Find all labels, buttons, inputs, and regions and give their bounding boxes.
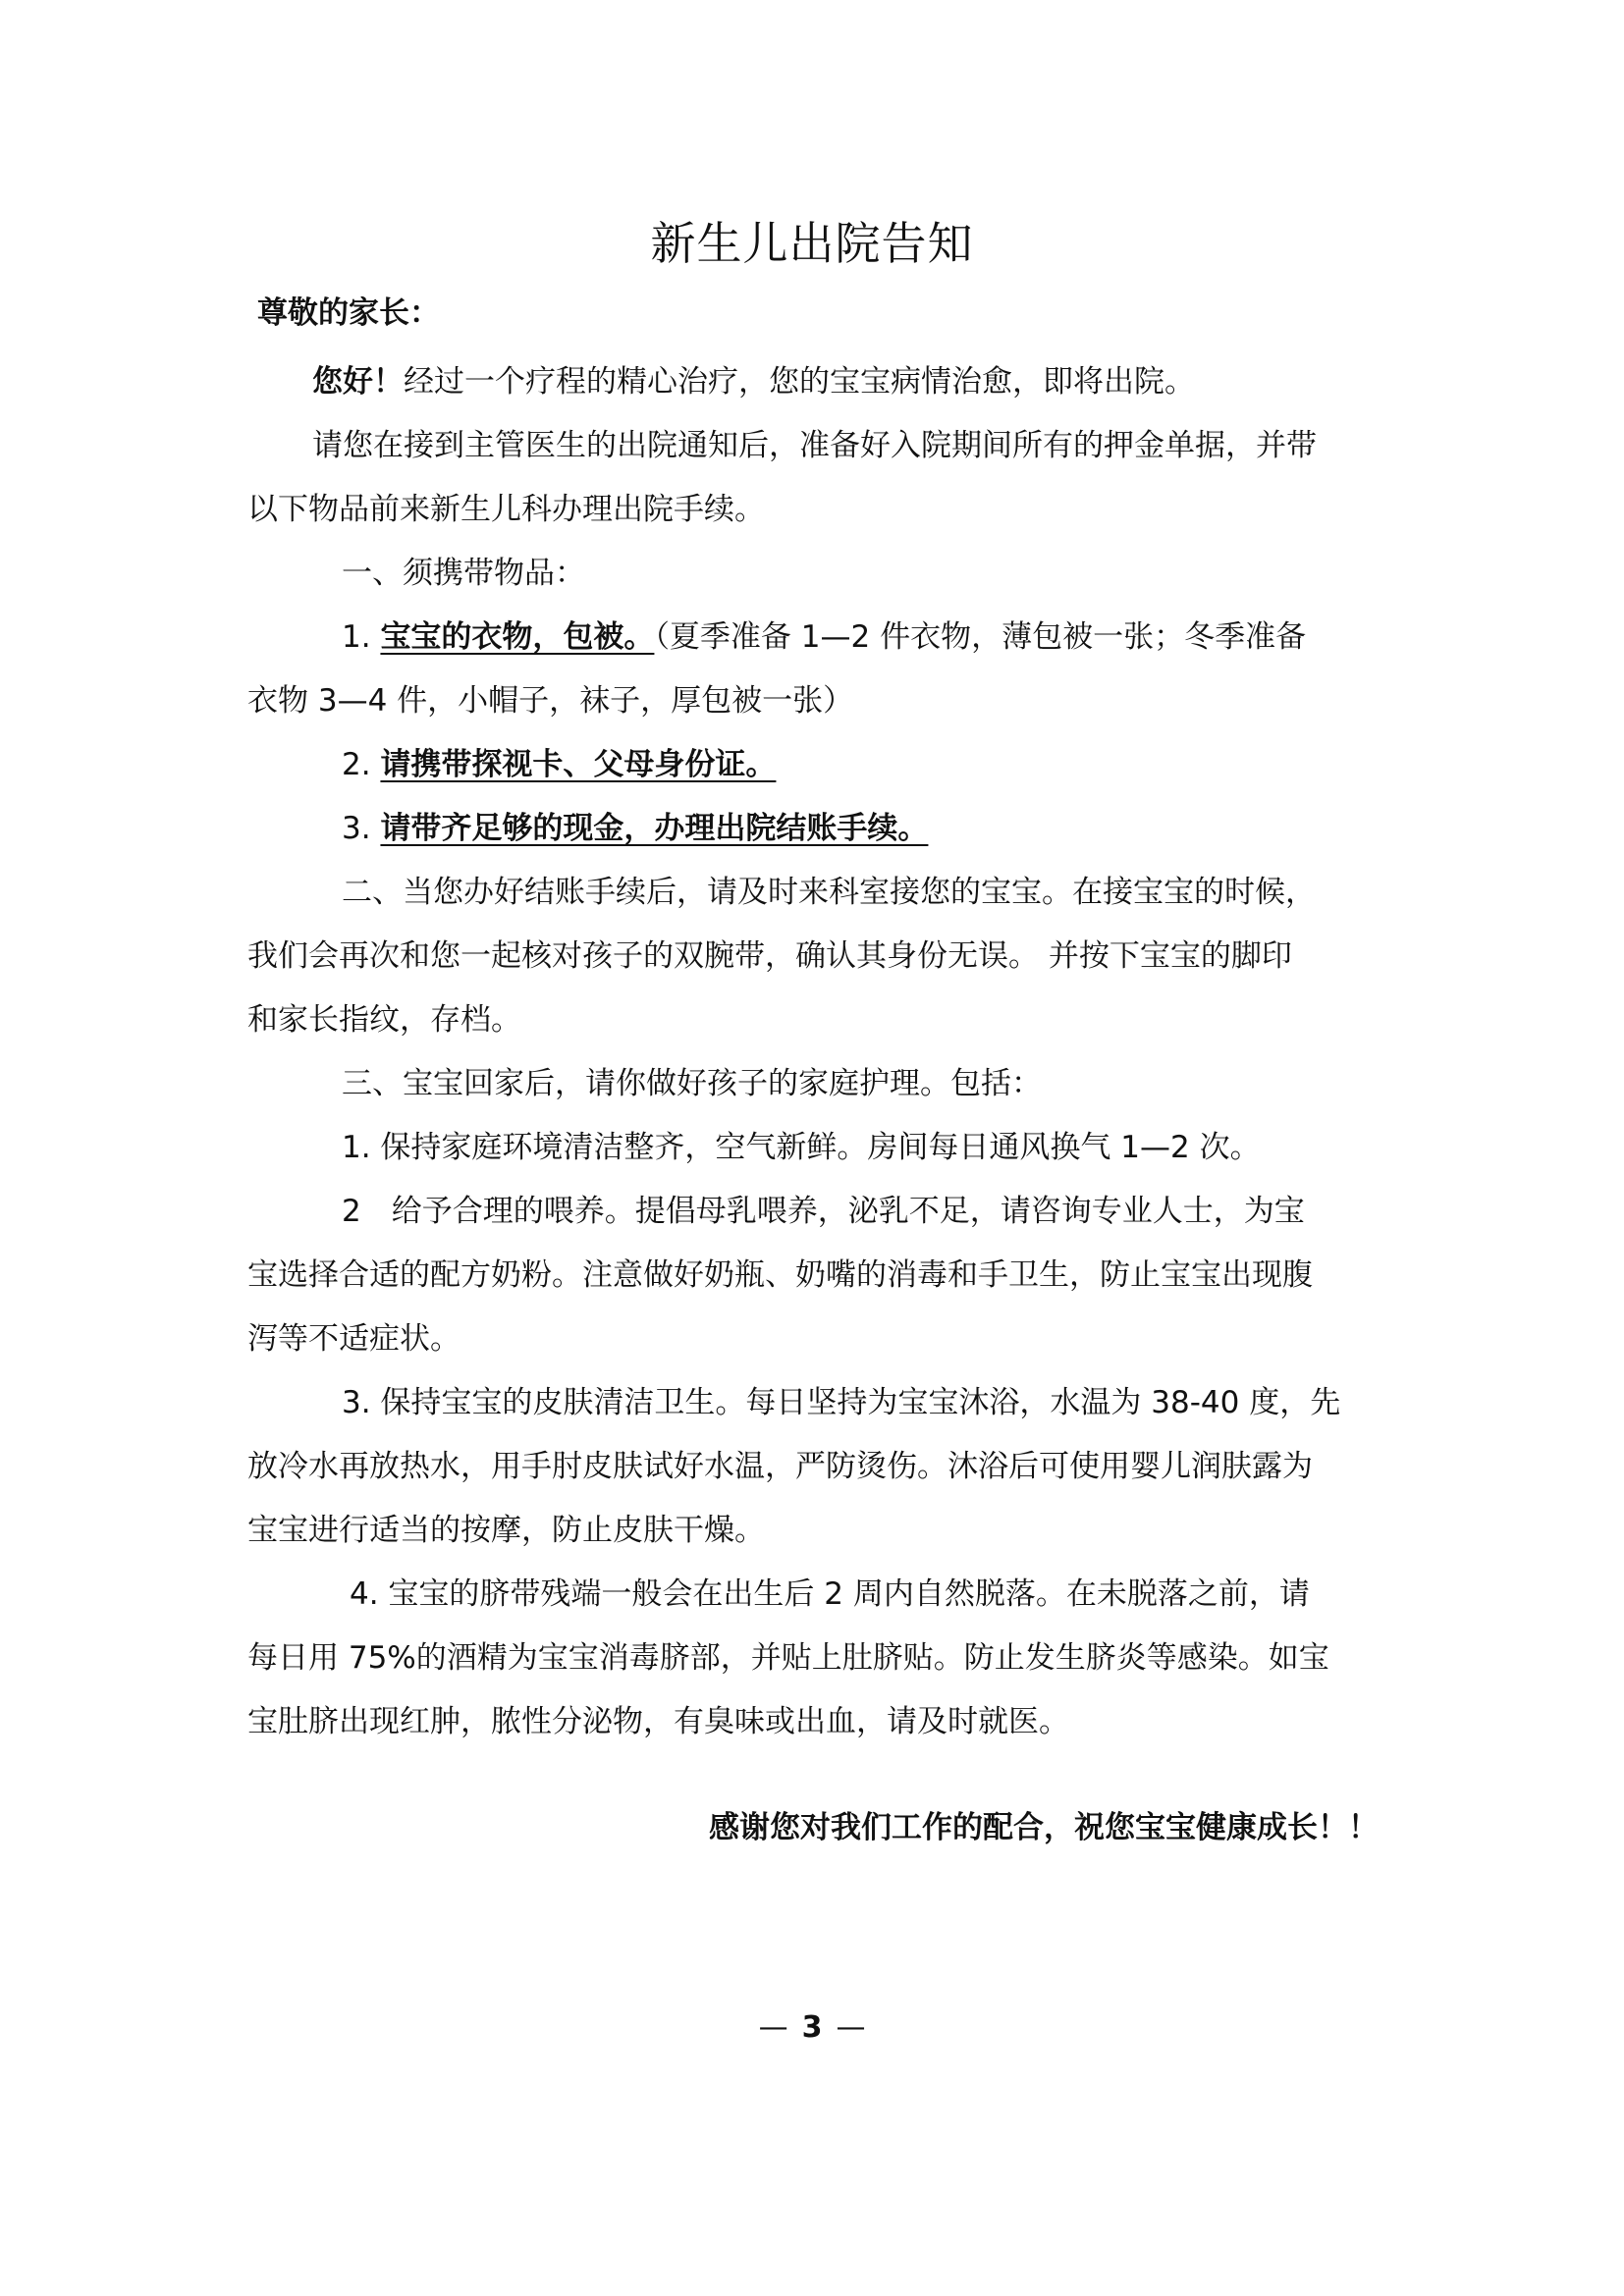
section1-item-1-continued: 衣物 3—4 件，小帽子，袜子，厚包被一张）: [247, 679, 1386, 722]
item-number: 2.: [342, 747, 371, 782]
section1-item-3: 3. 请带齐足够的现金，办理出院结账手续。: [342, 807, 1481, 850]
document-page: 新生儿出院告知 尊敬的家长： 您好！经过一个疗程的精心治疗，您的宝宝病情治愈，即…: [0, 0, 1624, 2296]
section2-line-3: 和家长指纹，存档。: [247, 998, 1386, 1041]
section3-item-4-line-1: 4. 宝宝的脐带残端一般会在出生后 2 周内自然脱落。在未脱落之前，请: [350, 1573, 1489, 1616]
intro-line-2: 以下物品前来新生儿科办理出院手续。: [247, 488, 1386, 531]
item-number: 1.: [342, 619, 371, 655]
greeting-paragraph: 您好！经过一个疗程的精心治疗，您的宝宝病情治愈，即将出院。: [312, 360, 1451, 403]
intro-line-1: 请您在接到主管医生的出院通知后，准备好入院期间所有的押金单据，并带: [312, 424, 1451, 467]
section1-heading: 一、须携带物品：: [342, 552, 1481, 595]
section3-item-4-line-3: 宝肚脐出现红肿，脓性分泌物，有臭味或出血，请及时就医。: [247, 1700, 1386, 1743]
salutation: 尊敬的家长：: [257, 292, 1396, 335]
item-emphasis: 宝宝的衣物，包被。: [380, 619, 654, 655]
page-number: —3—: [0, 2010, 1624, 2045]
section1-item-2: 2. 请携带探视卡、父母身份证。: [342, 743, 1481, 786]
section3-item-2-line-3: 泻等不适症状。: [247, 1317, 1386, 1361]
greeting-rest: 经过一个疗程的精心治疗，您的宝宝病情治愈，即将出院。: [404, 364, 1195, 400]
section1-item-1: 1. 宝宝的衣物，包被。（夏季准备 1—2 件衣物，薄包被一张；冬季准备: [342, 615, 1481, 659]
item-number: 3.: [342, 811, 371, 846]
section3-item-2-line-2: 宝选择合适的配方奶粉。注意做好奶瓶、奶嘴的消毒和手卫生，防止宝宝出现腹: [247, 1254, 1386, 1297]
greeting-bold: 您好！: [312, 364, 404, 400]
item-detail: （夏季准备 1—2 件衣物，薄包被一张；冬季准备: [654, 619, 1306, 655]
section3-item-3-line-3: 宝宝进行适当的按摩，防止皮肤干燥。: [247, 1509, 1386, 1552]
section3-item-3-line-1: 3. 保持宝宝的皮肤清洁卫生。每日坚持为宝宝沐浴，水温为 38-40 度，先: [342, 1381, 1481, 1424]
item-emphasis: 请带齐足够的现金，办理出院结账手续。: [380, 811, 928, 846]
section2-line-2: 我们会再次和您一起核对孩子的双腕带，确认其身份无误。 并按下宝宝的脚印: [247, 934, 1386, 978]
section3-item-1: 1. 保持家庭环境清洁整齐，空气新鲜。房间每日通风换气 1—2 次。: [342, 1126, 1481, 1169]
document-title: 新生儿出院告知: [0, 208, 1624, 273]
page-dash-left: —: [759, 2010, 788, 2045]
section3-item-2-line-1: 2 给予合理的喂养。提倡母乳喂养，泌乳不足，请咨询专业人士，为宝: [342, 1190, 1481, 1233]
section3-heading: 三、宝宝回家后，请你做好孩子的家庭护理。包括：: [342, 1062, 1481, 1105]
page-number-value: 3: [802, 2010, 823, 2045]
item-emphasis: 请携带探视卡、父母身份证。: [380, 747, 776, 782]
section3-item-4-line-2: 每日用 75%的酒精为宝宝消毒脐部，并贴上肚脐贴。防止发生脐炎等感染。如宝: [247, 1636, 1386, 1680]
page-dash-right: —: [836, 2010, 865, 2045]
section3-item-3-line-2: 放冷水再放热水，用手肘皮肤试好水温，严防烫伤。沐浴后可使用婴儿润肤露为: [247, 1445, 1386, 1488]
closing-remark: 感谢您对我们工作的配合，祝您宝宝健康成长！！: [709, 1802, 1379, 1846]
section2-line-1: 二、当您办好结账手续后，请及时来科室接您的宝宝。在接宝宝的时候，: [342, 871, 1481, 914]
